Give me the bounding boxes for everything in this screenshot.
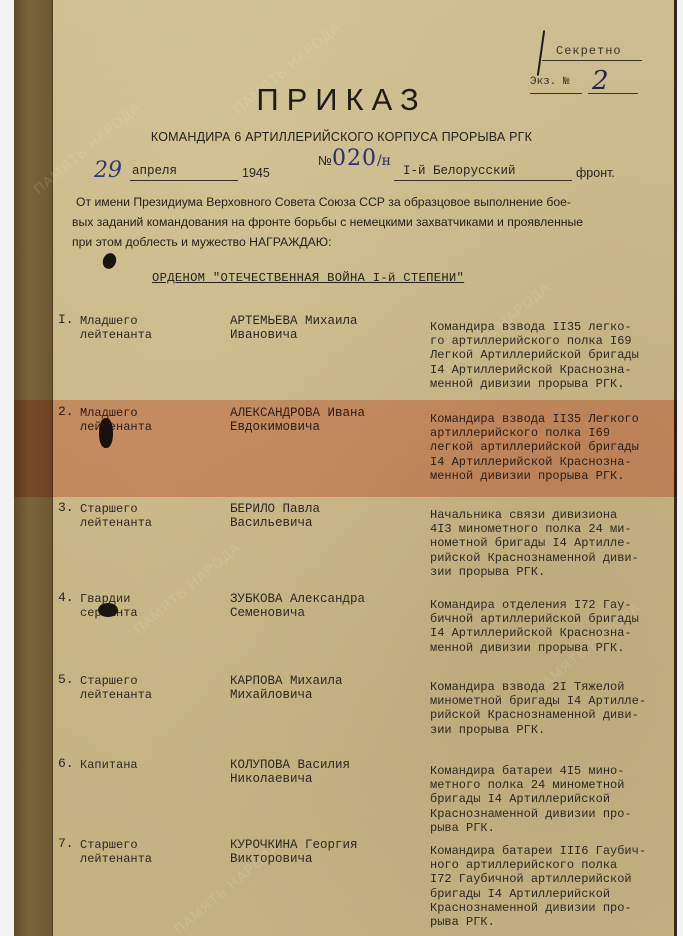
award-title: ОРДЕНОМ "ОТЕЧЕСТВЕННАЯ ВОЙНА I-й СТЕПЕНИ… xyxy=(152,271,464,285)
entry-name-line: КОЛУПОВА Василия xyxy=(230,758,350,772)
entry-name-line: Викторовича xyxy=(230,852,313,866)
entry-index: 4. xyxy=(58,590,74,605)
entry-position: Командира батареи III6 Гаубич- ного арти… xyxy=(430,844,675,929)
entry-name: КОЛУПОВА ВасилияНиколаевича xyxy=(230,758,400,786)
entry-name-line: Семеновича xyxy=(230,606,305,620)
ink-blot xyxy=(98,603,118,617)
preamble-line: От имени Президиума Верховного Совета Со… xyxy=(72,192,642,212)
entry-name: КУРОЧКИНА ГеоргияВикторовича xyxy=(230,838,400,866)
entry-name: БЕРИЛО ПавлаВасильевича xyxy=(230,502,400,530)
entry-name: КАРПОВА МихаилаМихайловича xyxy=(230,674,400,702)
divider xyxy=(130,180,238,181)
preamble: От имени Президиума Верховного Совета Со… xyxy=(72,192,642,252)
entry-name-line: КАРПОВА Михаила xyxy=(230,674,343,688)
entry-name-line: АРТЕМЬЕВА Михаила xyxy=(230,314,358,328)
entry-name-line: ЗУБКОВА Александра xyxy=(230,592,365,606)
front-label: фронт. xyxy=(576,166,615,180)
date-year: 1945 xyxy=(242,166,270,180)
date-month: апреля xyxy=(132,164,177,178)
entry-index: I. xyxy=(58,312,74,327)
preamble-line: вых заданий командования на фронте борьб… xyxy=(72,212,642,232)
classification-stamp: Секретно xyxy=(556,44,622,58)
entry-index: 6. xyxy=(58,756,74,771)
entry-rank: Старшего лейтенанта xyxy=(80,838,200,866)
entry-rank: Капитана xyxy=(80,758,200,772)
entry-rank: Младшего лейтенанта xyxy=(80,406,200,434)
entry-index: 5. xyxy=(58,672,74,687)
document-title: ПРИКАЗ xyxy=(0,82,683,118)
entry-name-line: БЕРИЛО Павла xyxy=(230,502,320,516)
entry-position: Командира взвода II35 Легкого артиллерий… xyxy=(430,412,675,483)
entry-position: Командира отделения I72 Гау- бичной арти… xyxy=(430,598,675,655)
entry-name: АЛЕКСАНДРОВА ИванаЕвдокимовича xyxy=(230,406,400,434)
entry-index: 3. xyxy=(58,500,74,515)
front-name: I-й Белорусский xyxy=(403,164,516,178)
date-day: 29 xyxy=(94,158,122,183)
entry-name-line: Николаевича xyxy=(230,772,313,786)
entry-rank: Младшего лейтенанта xyxy=(80,314,200,342)
preamble-line: при этом доблесть и мужество НАГРАЖДАЮ: xyxy=(72,232,642,252)
entry-position: Начальника связи дивизиона 4I3 минометно… xyxy=(430,508,675,579)
entry-name: АРТЕМЬЕВА МихаилаИвановича xyxy=(230,314,400,342)
entry-position: Командира батареи 4I5 мино- метного полк… xyxy=(430,764,675,835)
entry-name-line: Васильевича xyxy=(230,516,313,530)
entry-position: Командира взвода II35 легко- го артиллер… xyxy=(430,320,675,391)
entry-name-line: КУРОЧКИНА Георгия xyxy=(230,838,358,852)
entry-name-line: Евдокимовича xyxy=(230,420,320,434)
document-subtitle: КОМАНДИРА 6 АРТИЛЛЕРИЙСКОГО КОРПУСА ПРОР… xyxy=(0,130,683,144)
entry-position: Командира взвода 2I Тяжелой минометной б… xyxy=(430,680,675,737)
date-line: 29 апреля 1945 I-й Белорусский фронт. xyxy=(88,166,658,188)
entry-rank: Старшего лейтенанта xyxy=(80,674,200,702)
entry-index: 7. xyxy=(58,836,74,851)
entry-name-line: АЛЕКСАНДРОВА Ивана xyxy=(230,406,365,420)
entry-name: ЗУБКОВА АлександраСеменовича xyxy=(230,592,400,620)
entry-name-line: Ивановича xyxy=(230,328,298,342)
ink-blot xyxy=(99,418,113,448)
divider xyxy=(542,60,642,61)
divider xyxy=(394,180,572,181)
entry-name-line: Михайловича xyxy=(230,688,313,702)
entry-index: 2. xyxy=(58,404,74,419)
entry-rank: Старшего лейтенанта xyxy=(80,502,200,530)
